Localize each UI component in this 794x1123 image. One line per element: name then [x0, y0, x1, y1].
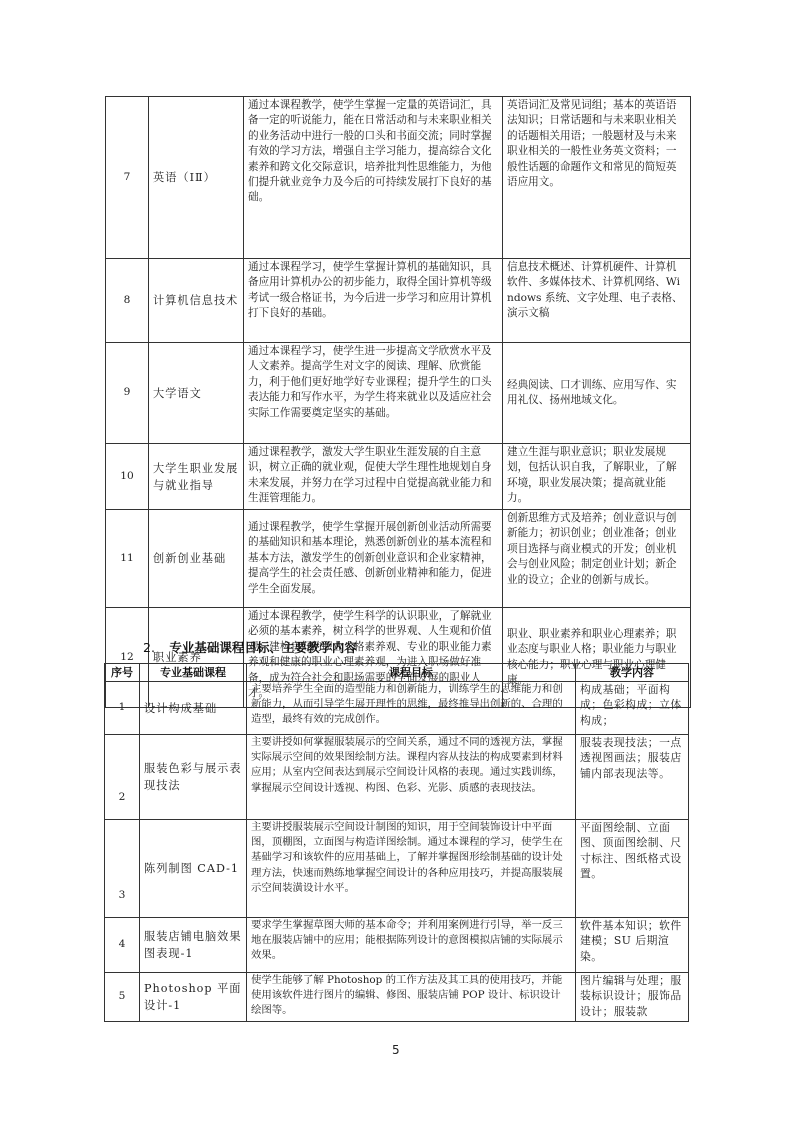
- course-goal: 主要讲授如何掌握服装展示的空间关系，通过不同的透视方法，掌握实际展示空间的效果图…: [247, 735, 576, 820]
- course-name: 计算机信息技术: [149, 259, 244, 343]
- public-courses-table: 7 英语（ⅠⅡ） 通过本课程教学，使学生掌握一定量的英语词汇，具备一定的听说能力…: [105, 96, 691, 708]
- row-number: 7: [106, 97, 149, 259]
- section-number: 2.: [143, 640, 165, 655]
- course-content: 服装表现技法；一点透视图画法；服装店铺内部表现法等。: [576, 735, 689, 820]
- course-content: 英语词汇及常见词组；基本的英语语法知识；日常话题和与未来职业相关的话题相关用语；…: [503, 97, 691, 259]
- course-name: 服装色彩与展示表现技法: [140, 735, 247, 820]
- row-number: 3: [105, 820, 140, 918]
- header-content: 教学内容: [576, 664, 689, 682]
- course-content: 创新思维方式及培养；创业意识与创新能力；初识创业；创业准备；创业项目选择与商业模…: [503, 510, 691, 608]
- header-goal: 课程目标: [247, 664, 576, 682]
- course-goal: 通过本课程学习，使学生掌握计算机的基础知识，具备应用计算机办公的初步能力，取得全…: [244, 259, 503, 343]
- course-content: 建立生涯与职业意识；职业发展规划，包括认识自我，了解职业，了解环境，职业发展决策…: [503, 444, 691, 510]
- table-row: 10 大学生职业发展与就业指导 通过课程教学，激发大学生职业生涯发展的自主意识，…: [106, 444, 691, 510]
- table-row: 5 Photoshop 平面设计-1 使学生能够了解 Photoshop 的工作…: [105, 973, 689, 1022]
- row-number: 11: [106, 510, 149, 608]
- row-number: 1: [105, 682, 140, 735]
- row-number: 4: [105, 918, 140, 973]
- row-number: 2: [105, 735, 140, 820]
- foundation-courses-table: 序号 专业基础课程 课程目标 教学内容 1 设计构成基础 主要培养学生全面的造型…: [104, 663, 689, 1022]
- course-goal: 主要培养学生全面的造型能力和创新能力，训练学生的思维能力和创新能力，从而引导学生…: [247, 682, 576, 735]
- course-goal: 通过本课程教学，使学生掌握一定量的英语词汇，具备一定的听说能力，能在日常活动和与…: [244, 97, 503, 259]
- table-row: 2 服装色彩与展示表现技法 主要讲授如何掌握服装展示的空间关系，通过不同的透视方…: [105, 735, 689, 820]
- section-title: 专业基础课程目标、主要教学内容: [169, 640, 357, 655]
- course-name: 陈列制图 CAD-1: [140, 820, 247, 918]
- row-number: 8: [106, 259, 149, 343]
- course-goal: 使学生能够了解 Photoshop 的工作方法及其工具的使用技巧，并能使用该软件…: [247, 973, 576, 1022]
- course-goal: 主要讲授服装展示空间设计制图的知识，用于空间装饰设计中平面图，顶棚图，立面图与构…: [247, 820, 576, 918]
- table-row: 11 创新创业基础 通过课程教学，使学生掌握开展创新创业活动所需要的基础知识和基…: [106, 510, 691, 608]
- course-name: 创新创业基础: [149, 510, 244, 608]
- course-name: 大学语文: [149, 343, 244, 444]
- course-goal: 通过本课程学习，使学生进一步提高文学欣赏水平及人文素养。提高学生对文字的阅读、理…: [244, 343, 503, 444]
- table-row: 8 计算机信息技术 通过本课程学习，使学生掌握计算机的基础知识，具备应用计算机办…: [106, 259, 691, 343]
- course-goal: 通过课程教学，使学生掌握开展创新创业活动所需要的基础知识和基本理论，熟悉创新创业…: [244, 510, 503, 608]
- row-number: 9: [106, 343, 149, 444]
- course-goal: 要求学生掌握草图大师的基本命令；并利用案例进行引导，举一反三地在服装店铺中的应用…: [247, 918, 576, 973]
- course-content: 图片编辑与处理；服装标识设计；服饰品设计；服装款: [576, 973, 689, 1022]
- course-goal: 通过课程教学，激发大学生职业生涯发展的自主意识，树立正确的就业观，促使大学生理性…: [244, 444, 503, 510]
- course-name: 大学生职业发展与就业指导: [149, 444, 244, 510]
- header-course: 专业基础课程: [140, 664, 247, 682]
- course-content: 经典阅读、口才训练、应用写作、实用礼仪、扬州地域文化。: [503, 343, 691, 444]
- course-name: 设计构成基础: [140, 682, 247, 735]
- course-content: 信息技术概述、计算机硬件、计算机软件、多媒体技术、计算机网络、Windows 系…: [503, 259, 691, 343]
- table-row: 1 设计构成基础 主要培养学生全面的造型能力和创新能力，训练学生的思维能力和创新…: [105, 682, 689, 735]
- course-content: 软件基本知识；软件建模；SU 后期渲染。: [576, 918, 689, 973]
- header-index: 序号: [105, 664, 140, 682]
- course-name: 英语（ⅠⅡ）: [149, 97, 244, 259]
- table-header-row: 序号 专业基础课程 课程目标 教学内容: [105, 664, 689, 682]
- table-row: 3 陈列制图 CAD-1 主要讲授服装展示空间设计制图的知识，用于空间装饰设计中…: [105, 820, 689, 918]
- course-name: 服装店铺电脑效果图表现-1: [140, 918, 247, 973]
- document-page: 7 英语（ⅠⅡ） 通过本课程教学，使学生掌握一定量的英语词汇，具备一定的听说能力…: [0, 0, 794, 1123]
- section-heading: 2. 专业基础课程目标、主要教学内容: [143, 638, 357, 656]
- table-row: 4 服装店铺电脑效果图表现-1 要求学生掌握草图大师的基本命令；并利用案例进行引…: [105, 918, 689, 973]
- page-number: 5: [392, 1043, 400, 1057]
- course-name: Photoshop 平面设计-1: [140, 973, 247, 1022]
- row-number: 5: [105, 973, 140, 1022]
- table-row: 9 大学语文 通过本课程学习，使学生进一步提高文学欣赏水平及人文素养。提高学生对…: [106, 343, 691, 444]
- course-content: 构成基础；平面构成；色彩构成；立体构成；: [576, 682, 689, 735]
- row-number: 10: [106, 444, 149, 510]
- table-row: 7 英语（ⅠⅡ） 通过本课程教学，使学生掌握一定量的英语词汇，具备一定的听说能力…: [106, 97, 691, 259]
- course-content: 平面图绘制、立面图、顶面图绘制、尺寸标注、图纸格式设置。: [576, 820, 689, 918]
